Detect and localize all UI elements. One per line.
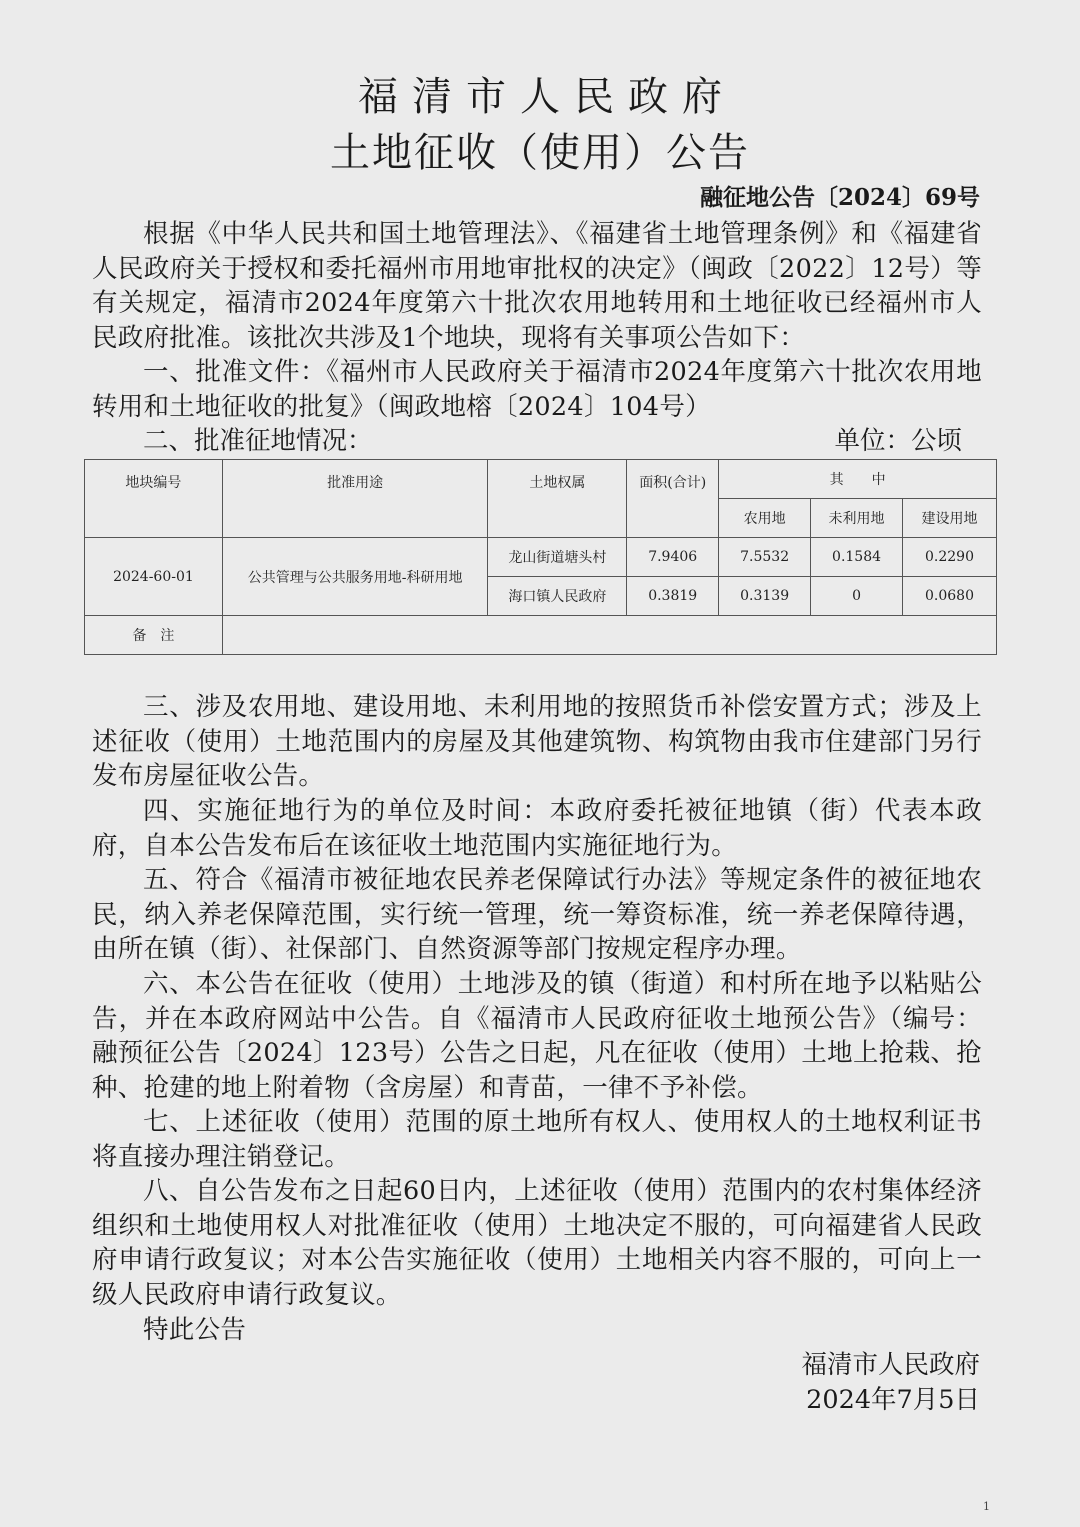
header-unused: 未利用地 [811, 499, 903, 538]
table-row: 2024-60-01 公共管理与公共服务用地-科研用地 龙山街道塘头村 7.94… [85, 538, 997, 577]
cell-farmland: 0.3139 [719, 577, 811, 616]
cell-construction: 0.2290 [903, 538, 997, 577]
header-of-which: 其 中 [719, 460, 997, 499]
remarks-row: 备 注 [85, 616, 997, 655]
section-3-compensation: 三、涉及农用地、建设用地、未利用地的按照货币补偿安置方式；涉及上述征收（使用）土… [92, 690, 982, 794]
cell-unused: 0 [811, 577, 903, 616]
cell-construction: 0.0680 [903, 577, 997, 616]
header-approved-use: 批准用途 [222, 460, 488, 538]
section-4-implementation: 四、实施征地行为的单位及时间：本政府委托被征地镇（街）代表本政府，自本公告发布后… [92, 794, 982, 863]
signature-issuer: 福清市人民政府 [801, 1348, 980, 1382]
section-8-appeal: 八、自公告发布之日起60日内，上述征收（使用）范围内的农村集体经济组织和土地使用… [92, 1174, 982, 1312]
header-construction: 建设用地 [903, 499, 997, 538]
page-number: 1 [983, 1500, 990, 1513]
notice-title: 土地征收（使用）公告 [0, 128, 1080, 178]
intro-paragraph: 根据《中华人民共和国土地管理法》、《福建省土地管理条例》和《福建省人民政府关于授… [92, 217, 982, 355]
cell-farmland: 7.5532 [719, 538, 811, 577]
issuer-title: 福清市人民政府 [0, 72, 1080, 122]
section-1-approval-document: 一、批准文件：《福州市人民政府关于福清市2024年度第六十批次农用地转用和土地征… [92, 355, 982, 424]
header-ownership: 土地权属 [488, 460, 627, 538]
section-2-heading-row: 二、批准征地情况： 单位：公顷 [92, 424, 962, 458]
cell-area-total: 0.3819 [627, 577, 719, 616]
section-6-publication: 六、本公告在征收（使用）土地涉及的镇（街道）和村所在地予以粘贴公告，并在本政府网… [92, 967, 982, 1105]
land-acquisition-table: 地块编号 批准用途 土地权属 面积(合计) 其 中 农用地 未利用地 建设用地 … [84, 459, 997, 655]
closing-statement: 特此公告 [92, 1313, 982, 1348]
signature-date: 2024年7月5日 [806, 1383, 980, 1417]
cell-ownership: 龙山街道塘头村 [488, 538, 627, 577]
cell-ownership: 海口镇人民政府 [488, 577, 627, 616]
cell-unused: 0.1584 [811, 538, 903, 577]
table-header-row: 地块编号 批准用途 土地权属 面积(合计) 其 中 [85, 460, 997, 499]
cell-approved-use: 公共管理与公共服务用地-科研用地 [222, 538, 488, 616]
section-7-registration: 七、上述征收（使用）范围的原土地所有权人、使用权人的土地权利证书将直接办理注销登… [92, 1105, 982, 1174]
header-farmland: 农用地 [719, 499, 811, 538]
header-area-total: 面积(合计) [627, 460, 719, 538]
unit-label: 单位：公顷 [834, 424, 962, 458]
remarks-label: 备 注 [85, 616, 223, 655]
section-2-heading: 二、批准征地情况： [92, 424, 373, 458]
section-5-pension: 五、符合《福清市被征地农民养老保障试行办法》等规定条件的被征地农民，纳入养老保障… [92, 863, 982, 967]
header-parcel-no: 地块编号 [85, 460, 223, 538]
document-number: 融征地公告〔2024〕69号 [700, 183, 980, 213]
cell-parcel-no: 2024-60-01 [85, 538, 223, 616]
cell-area-total: 7.9406 [627, 538, 719, 577]
remarks-value [222, 616, 996, 655]
